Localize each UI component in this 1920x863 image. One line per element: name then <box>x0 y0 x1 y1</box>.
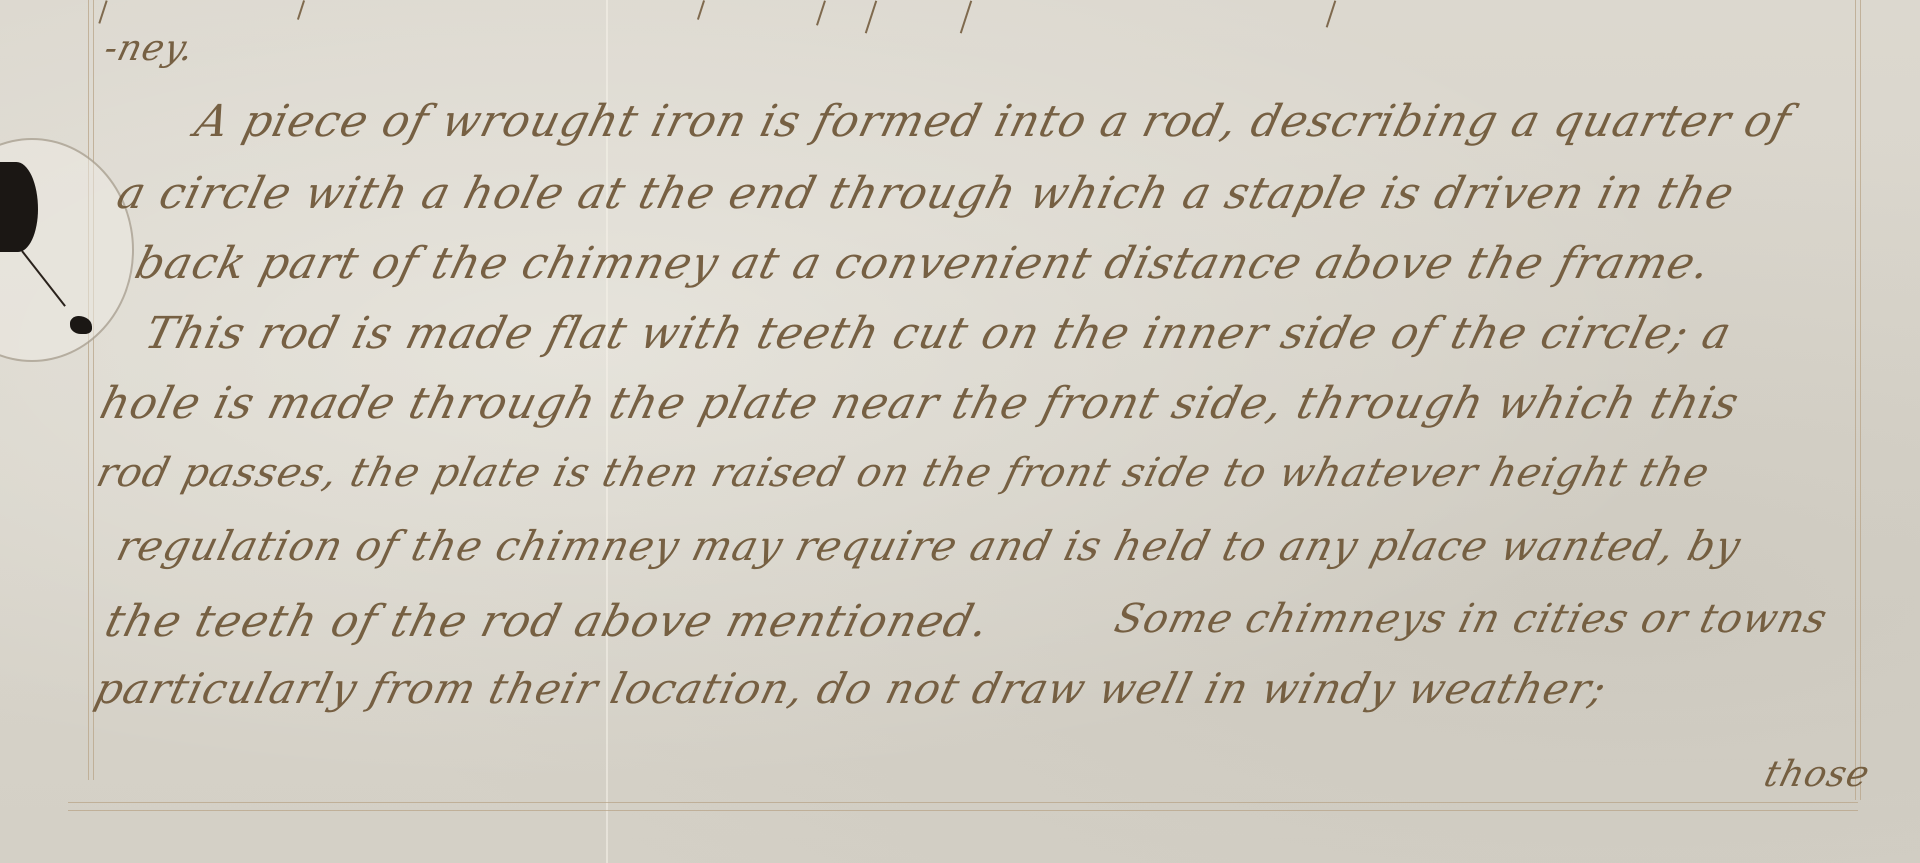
manuscript-line-3: a circle with a hole at the end through … <box>112 168 1740 219</box>
manuscript-line-7: rod passes, the plate is then raised on … <box>92 450 1714 496</box>
left-margin-rule-inner <box>93 0 94 780</box>
descender-stroke <box>697 0 705 20</box>
catchword: those <box>1760 754 1874 795</box>
descender-stroke <box>865 1 877 34</box>
bottom-margin-rule-inner <box>68 810 1858 811</box>
bottom-margin-rule <box>68 802 1858 803</box>
left-margin-rule <box>88 0 89 780</box>
descender-stroke <box>816 0 826 25</box>
manuscript-line-2: A piece of wrought iron is formed into a… <box>190 96 1796 147</box>
right-margin-rule <box>1855 0 1856 800</box>
descender-stroke <box>297 0 305 20</box>
manuscript-line-8: regulation of the chimney may require an… <box>112 522 1746 570</box>
descender-stroke <box>960 1 972 34</box>
manuscript-line-5: This rod is made flat with teeth cut on … <box>140 308 1737 359</box>
manuscript-line-1: -ney. <box>100 28 199 69</box>
manuscript-line-9-continuation: Some chimneys in cities or towns <box>1110 596 1832 642</box>
right-margin-rule-inner <box>1860 0 1861 800</box>
manuscript-page: -ney. A piece of wrought iron is formed … <box>0 0 1920 863</box>
manuscript-line-10: particularly from their location, do not… <box>90 664 1612 713</box>
descender-stroke <box>1326 0 1337 27</box>
manuscript-line-4: back part of the chimney at a convenient… <box>130 238 1716 289</box>
descender-stroke <box>98 0 107 23</box>
paper-hole-small <box>70 316 92 334</box>
manuscript-line-9: the teeth of the rod above mentioned. <box>100 596 995 647</box>
manuscript-line-6: hole is made through the plate near the … <box>95 378 1744 429</box>
